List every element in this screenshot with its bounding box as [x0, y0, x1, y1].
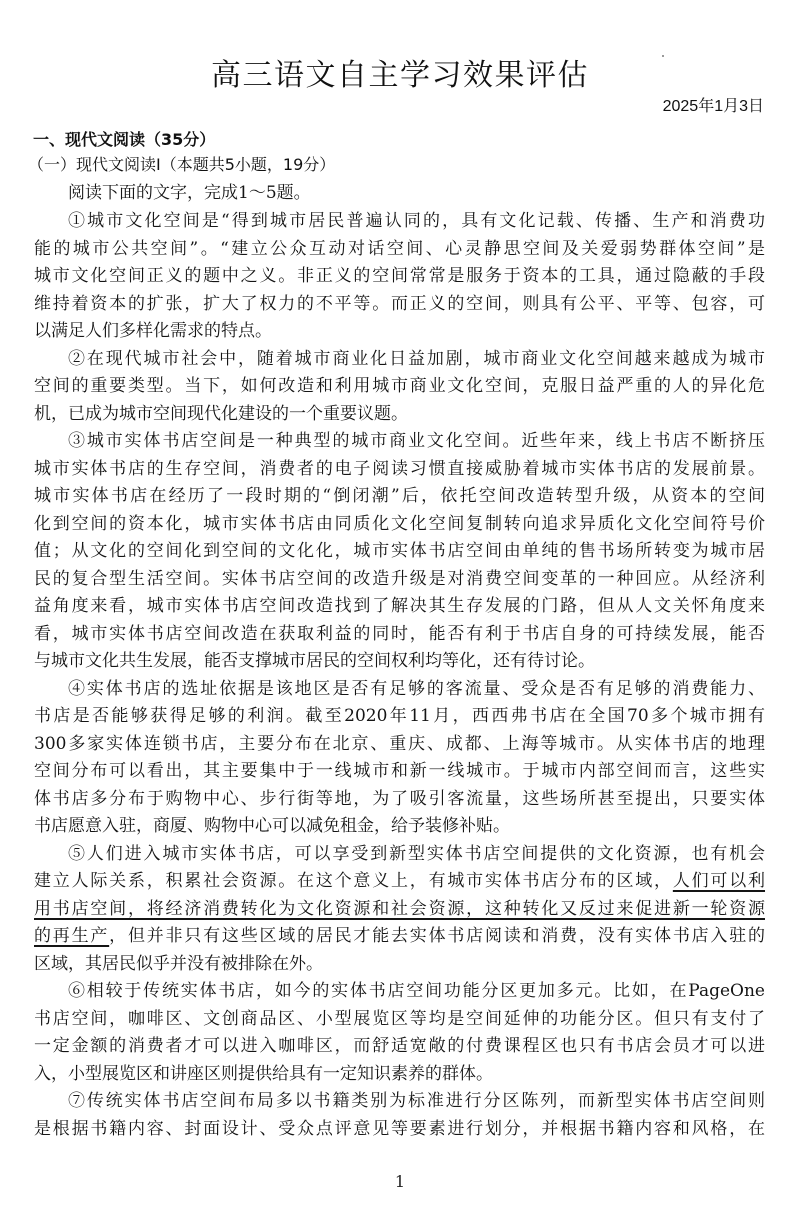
- paragraph-line: 值；从文化的空间化到空间的文化化，城市实体书店空间由单纯的售书场所转变为城市居: [34, 538, 765, 564]
- paragraph-line: ③城市实体书店空间是一种典型的城市商业文化空间。近些年来，线上书店不断挤压: [68, 428, 765, 454]
- paragraph-line: 是根据书籍内容、封面设计、受众点评意见等要素进行划分，并根据书籍内容和风格，在: [34, 1116, 765, 1142]
- paragraph-line: ⑦传统实体书店空间布局多以书籍类别为标准进行分区陈列，而新型实体书店空间则: [68, 1088, 765, 1114]
- paragraph-line: 用书店空间，将经济消费转化为文化资源和社会资源，这种转化又反过来促进新一轮资源: [34, 896, 765, 922]
- paragraph-line: 一定金额的消费者才可以进入咖啡区，而舒适宽敞的付费课程区也只有书店会员才可以进: [34, 1033, 765, 1059]
- section-heading: 一、现代文阅读（35分）: [33, 128, 215, 152]
- paragraph-line: ①城市文化空间是“得到城市居民普遍认同的，具有文化记载、传播、生产和消费功: [68, 208, 765, 234]
- paragraph-line: 化到空间的资本化，城市实体书店由同质化文化空间复制转向追求异质化文化空间符号价: [34, 511, 765, 537]
- subsection-heading: （一）现代文阅读Ⅰ（本题共5小题，19分）: [28, 153, 335, 177]
- paragraph-line: 书店愿意入驻，商厦、购物中心可以减免租金，给予装修补贴。: [34, 813, 765, 839]
- paragraph-line: 城市实体书店的生存空间，消费者的电子阅读习惯直接威胁着城市实体书店的发展前景。: [34, 456, 765, 482]
- line-text: 建立人际关系，积累社会资源。在这个意义上，有城市实体书店分布的区域，: [34, 871, 673, 891]
- paragraph-line: 空间分布可以看出，其主要集中于一线城市和新一线城市。于城市内部空间而言，这些实: [34, 758, 765, 784]
- page-number: 1: [0, 1172, 800, 1191]
- paragraph-line: 机，已成为城市空间现代化建设的一个重要议题。: [34, 401, 765, 427]
- paragraph-line: 体书店多分布于购物中心、步行街等地，为了吸引客流量，这些场所甚至提出，只要实体: [34, 786, 765, 812]
- paragraph-line: 城市实体书店在经历了一段时期的“倒闭潮”后，依托空间改造转型升级，从资本的空间: [34, 483, 765, 509]
- paragraph-line: 入，小型展览区和讲座区则提供给具有一定知识素养的群体。: [34, 1061, 765, 1087]
- paragraph-line: ⑥相较于传统实体书店，如今的实体书店空间功能分区更加多元。比如，在PageOne: [68, 978, 765, 1004]
- page-title: 高三语文自主学习效果评估: [0, 56, 800, 96]
- instruction-text: 阅读下面的文字，完成1～5题。: [68, 180, 765, 206]
- paragraph-line: ④实体书店的选址依据是该地区是否有足够的客流量、受众是否有足够的消费能力、: [68, 676, 765, 702]
- paragraph-line: ⑤人们进入城市实体书店，可以享受到新型实体书店空间提供的文化资源，也有机会: [68, 841, 765, 867]
- paragraph-line: 书店是否能够获得足够的利润。截至2020年11月，西西弗书店在全国70多个城市拥…: [34, 703, 765, 729]
- paragraph-line: 看，城市实体书店空间改造在获取利益的同时，能否有利于书店自身的可持续发展，能否: [34, 621, 765, 647]
- paragraph-line: ②在现代城市社会中，随着城市商业化日益加剧，城市商业文化空间越来越成为城市: [68, 346, 765, 372]
- paragraph-line: 以满足人们多样化需求的特点。: [34, 318, 765, 344]
- paragraph-line: 城市文化空间正义的题中之义。非正义的空间常常是服务于资本的工具，通过隐蔽的手段: [34, 263, 765, 289]
- underlined-passage: 人们可以利: [673, 871, 765, 891]
- paragraph-line: 区域，其居民似乎并没有被排除在外。: [34, 951, 765, 977]
- paragraph-line: 与城市文化共生发展，能否支撑城市居民的空间权利均等化，还有待讨论。: [34, 648, 765, 674]
- paragraph-line: 300多家实体连锁书店，主要分布在北京、重庆、成都、上海等城市。从实体书店的地理: [34, 731, 765, 757]
- underlined-passage: 用书店空间，将经济消费转化为文化资源和社会资源，这种转化又反过来促进新一轮资源: [34, 899, 765, 919]
- underlined-passage: 的再生产: [34, 926, 109, 946]
- paragraph-line: 建立人际关系，积累社会资源。在这个意义上，有城市实体书店分布的区域，人们可以利: [34, 868, 765, 894]
- paragraph-line: 民的复合型生活空间。实体书店空间的改造升级是对消费空间变革的一种回应。从经济利: [34, 566, 765, 592]
- paragraph-line: 的再生产，但并非只有这些区域的居民才能去实体书店阅读和消费，没有实体书店入驻的: [34, 923, 765, 949]
- exam-date: 2025年1月3日: [663, 96, 764, 118]
- paragraph-line: 能的城市公共空间”。“建立公众互动对话空间、心灵静思空间及关爱弱势群体空间”是: [34, 236, 765, 262]
- line-text: ，但并非只有这些区域的居民才能去实体书店阅读和消费，没有实体书店入驻的: [109, 926, 765, 946]
- paragraph-line: 维持着资本的扩张，扩大了权力的不平等。而正义的空间，则具有公平、平等、包容，可: [34, 291, 765, 317]
- exam-page: 高三语文自主学习效果评估 2025年1月3日 一、现代文阅读（35分） （一）现…: [0, 0, 800, 1230]
- paragraph-line: 书店空间，咖啡区、文创商品区、小型展览区等均是空间延伸的功能分区。但只有支付了: [34, 1006, 765, 1032]
- paragraph-line: 益角度来看，城市实体书店空间改造找到了解决其生存发展的门路，但从人文关怀角度来: [34, 593, 765, 619]
- paragraph-line: 空间的重要类型。当下，如何改造和利用城市商业文化空间，克服日益严重的人的异化危: [34, 373, 765, 399]
